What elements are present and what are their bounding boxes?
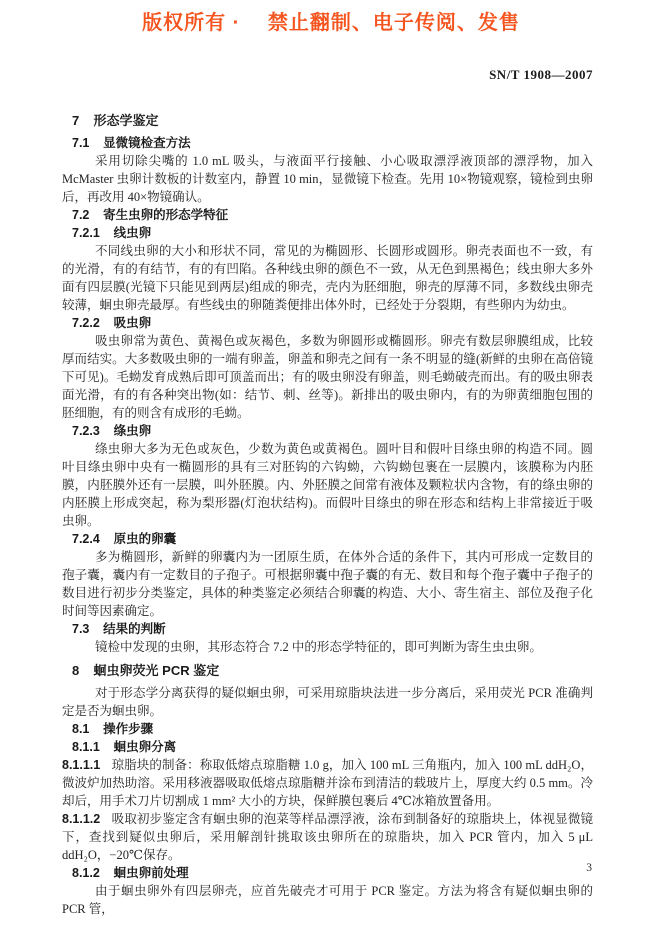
clause-title: 绦虫卵 (114, 424, 152, 438)
standard-code: SN/T 1908—2007 (489, 67, 593, 83)
clause-number: 7.3 (72, 622, 89, 636)
clause-title: 结果的判断 (103, 622, 166, 636)
clause-title: 吸虫卵 (114, 316, 152, 330)
clause-heading-7-2-2: 7.2.2吸虫卵 (72, 314, 593, 332)
clause-number: 8.1 (72, 722, 89, 736)
section-heading-7: 7形态学鉴定 (72, 112, 593, 130)
clause-heading-7-3: 7.3结果的判断 (72, 620, 593, 638)
clause-title: 线虫卵 (114, 226, 152, 240)
clause-heading-7-2-3: 7.2.3绦虫卵 (72, 422, 593, 440)
clause-number: 7.2 (72, 208, 89, 222)
clause-title: 原虫的卵囊 (114, 532, 177, 546)
clause-number: 7.1 (72, 136, 89, 150)
clause-number: 8.1.1.2 (62, 812, 100, 826)
page-number: 3 (586, 862, 592, 874)
paragraph-7-2-3: 绦虫卵大多为无色或灰色，少数为黄色或黄褐色。圆叶目和假叶目绦虫卵的构造不同。圆叶… (62, 440, 593, 530)
clause-number: 7.2.1 (72, 226, 100, 240)
clause-heading-8-1-1: 8.1.1蛔虫卵分离 (72, 738, 593, 756)
paragraph-7-2-4: 多为椭圆形，新鲜的卵囊内为一团原生质，在体外合适的条件下，其内可形成一定数目的孢… (62, 548, 593, 620)
numbered-paragraph-8-1-1-1: 8.1.1.1琼脂块的制备：称取低熔点琼脂糖 1.0 g，加入 100 mL 三… (62, 756, 593, 810)
clause-title: 形态学鉴定 (94, 113, 159, 128)
clause-number: 8 (72, 663, 79, 678)
clause-heading-8-1-2: 8.1.2蛔虫卵前处理 (72, 864, 593, 882)
clause-title: 蛔虫卵分离 (114, 740, 177, 754)
paragraph-7-1: 采用切除尖嘴的 1.0 mL 吸头，与液面平行接触、小心吸取漂浮液顶部的漂浮物，… (62, 152, 593, 206)
clause-heading-7-2-4: 7.2.4原虫的卵囊 (72, 530, 593, 548)
clause-number: 7.2.3 (72, 424, 100, 438)
section-heading-8: 8蛔虫卵荧光 PCR 鉴定 (72, 662, 593, 680)
clause-text: 吸取初步鉴定含有蛔虫卵的泡菜等样品漂浮液，涂布到制备好的琼脂块上，体视显微镜下，… (62, 812, 593, 862)
clause-number: 7 (72, 113, 79, 128)
clause-heading-7-2-1: 7.2.1线虫卵 (72, 224, 593, 242)
clause-title: 蛔虫卵荧光 PCR 鉴定 (94, 663, 220, 678)
paragraph-7-2-2: 吸虫卵常为黄色、黄褐色或灰褐色，多数为卵圆形或椭圆形。卵壳有数层卵膜组成，比较厚… (62, 332, 593, 422)
paragraph-8-1-2: 由于蛔虫卵外有四层卵壳，应首先破壳才可用于 PCR 鉴定。方法为将含有疑似蛔虫卵… (62, 882, 593, 918)
numbered-paragraph-8-1-1-2: 8.1.1.2吸取初步鉴定含有蛔虫卵的泡菜等样品漂浮液，涂布到制备好的琼脂块上，… (62, 810, 593, 864)
clause-heading-7-2: 7.2寄生虫卵的形态学特征 (72, 206, 593, 224)
clause-number: 8.1.1.1 (62, 758, 100, 772)
paragraph-7-3: 镜检中发现的虫卵，其形态符合 7.2 中的形态学特征的，即可判断为寄生虫虫卵。 (62, 638, 593, 656)
clause-number: 8.1.2 (72, 866, 100, 880)
clause-number: 7.2.4 (72, 532, 100, 546)
clause-number: 8.1.1 (72, 740, 100, 754)
clause-heading-8-1: 8.1操作步骤 (72, 720, 593, 738)
clause-heading-7-1: 7.1显微镜检查方法 (72, 134, 593, 152)
clause-text: 琼脂块的制备：称取低熔点琼脂糖 1.0 g，加入 100 mL 三角瓶内，加入 … (62, 758, 593, 808)
clause-number: 7.2.2 (72, 316, 100, 330)
clause-title: 蛔虫卵前处理 (114, 866, 189, 880)
clause-title: 显微镜检查方法 (103, 136, 191, 150)
clause-title: 操作步骤 (103, 722, 153, 736)
document-body: 7形态学鉴定 7.1显微镜检查方法 采用切除尖嘴的 1.0 mL 吸头，与液面平… (62, 106, 593, 918)
paragraph-8-intro: 对于形态学分离获得的疑似蛔虫卵，可采用琼脂块法进一步分离后，采用荧光 PCR 准… (62, 684, 593, 720)
copyright-banner: 版权所有 · 禁止翻制、电子传阅、发售 (0, 6, 662, 35)
clause-title: 寄生虫卵的形态学特征 (103, 208, 228, 222)
paragraph-7-2-1: 不同线虫卵的大小和形状不同，常见的为椭圆形、长圆形或圆形。卵壳表面也不一致，有的… (62, 242, 593, 314)
